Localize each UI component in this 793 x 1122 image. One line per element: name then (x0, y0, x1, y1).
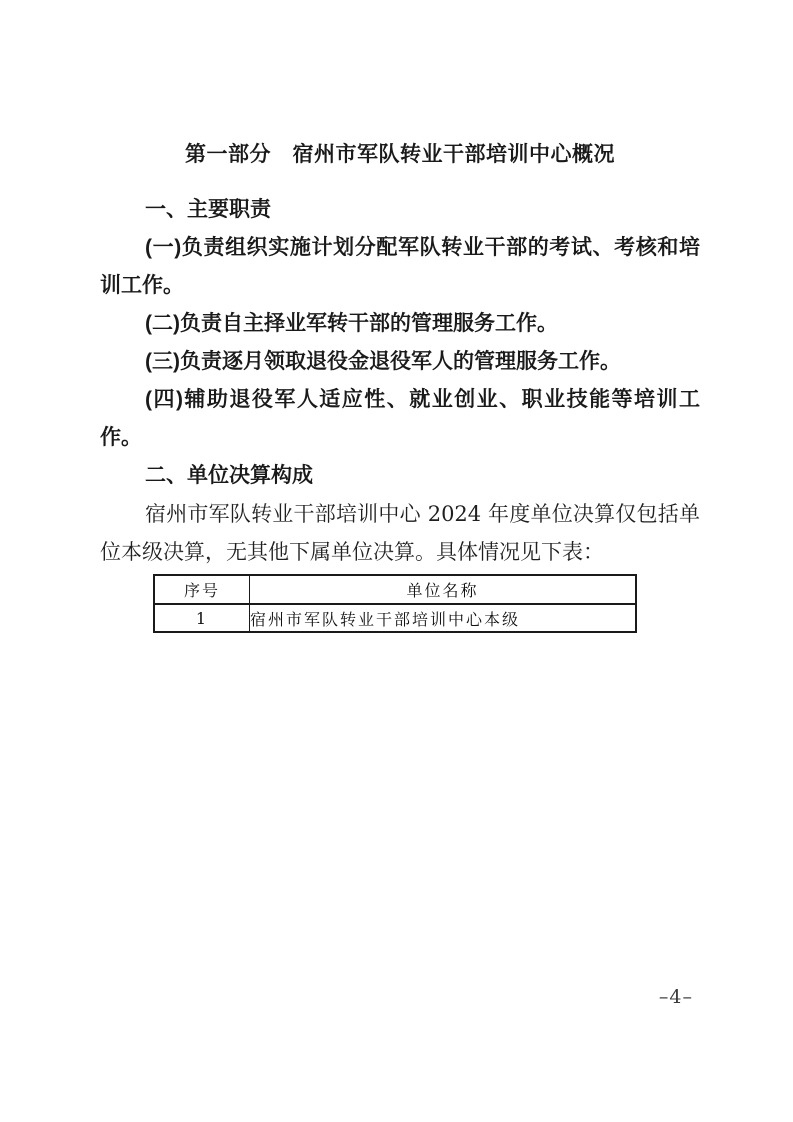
unit-list-table: 序号 单位名称 1 宿州市军队转业干部培训中心本级 (153, 574, 637, 633)
table-cell-unit-name: 宿州市军队转业干部培训中心本级 (250, 604, 637, 632)
table-header-unit-name: 单位名称 (250, 575, 637, 604)
duty-paragraph-1: (一)负责组织实施计划分配军队转业干部的考试、考核和培训工作。 (100, 229, 700, 305)
table-cell-index: 1 (154, 604, 250, 632)
table-row: 1 宿州市军队转业干部培训中心本级 (154, 604, 636, 632)
table-header-index: 序号 (154, 575, 250, 604)
duty-paragraph-2: (二)负责自主择业军转干部的管理服务工作。 (100, 305, 700, 343)
section-heading-main-duties: 一、主要职责 (100, 191, 700, 229)
budget-composition-paragraph: 宿州市军队转业干部培训中心 2024 年度单位决算仅包括单位本级决算，无其他下属… (100, 495, 700, 571)
table-header-row: 序号 单位名称 (154, 575, 636, 604)
duty-paragraph-4: (四)辅助退役军人适应性、就业创业、职业技能等培训工作。 (100, 381, 700, 457)
duty-paragraph-3: (三)负责逐月领取退役金退役军人的管理服务工作。 (100, 343, 700, 381)
page-content: 第一部分 宿州市军队转业干部培训中心概况 一、主要职责 (一)负责组织实施计划分… (100, 136, 700, 633)
page-number: –4– (659, 986, 693, 1008)
document-title: 第一部分 宿州市军队转业干部培训中心概况 (100, 136, 700, 174)
section-heading-budget-composition: 二、单位决算构成 (100, 457, 700, 495)
document-page: 第一部分 宿州市军队转业干部培训中心概况 一、主要职责 (一)负责组织实施计划分… (0, 0, 793, 1122)
